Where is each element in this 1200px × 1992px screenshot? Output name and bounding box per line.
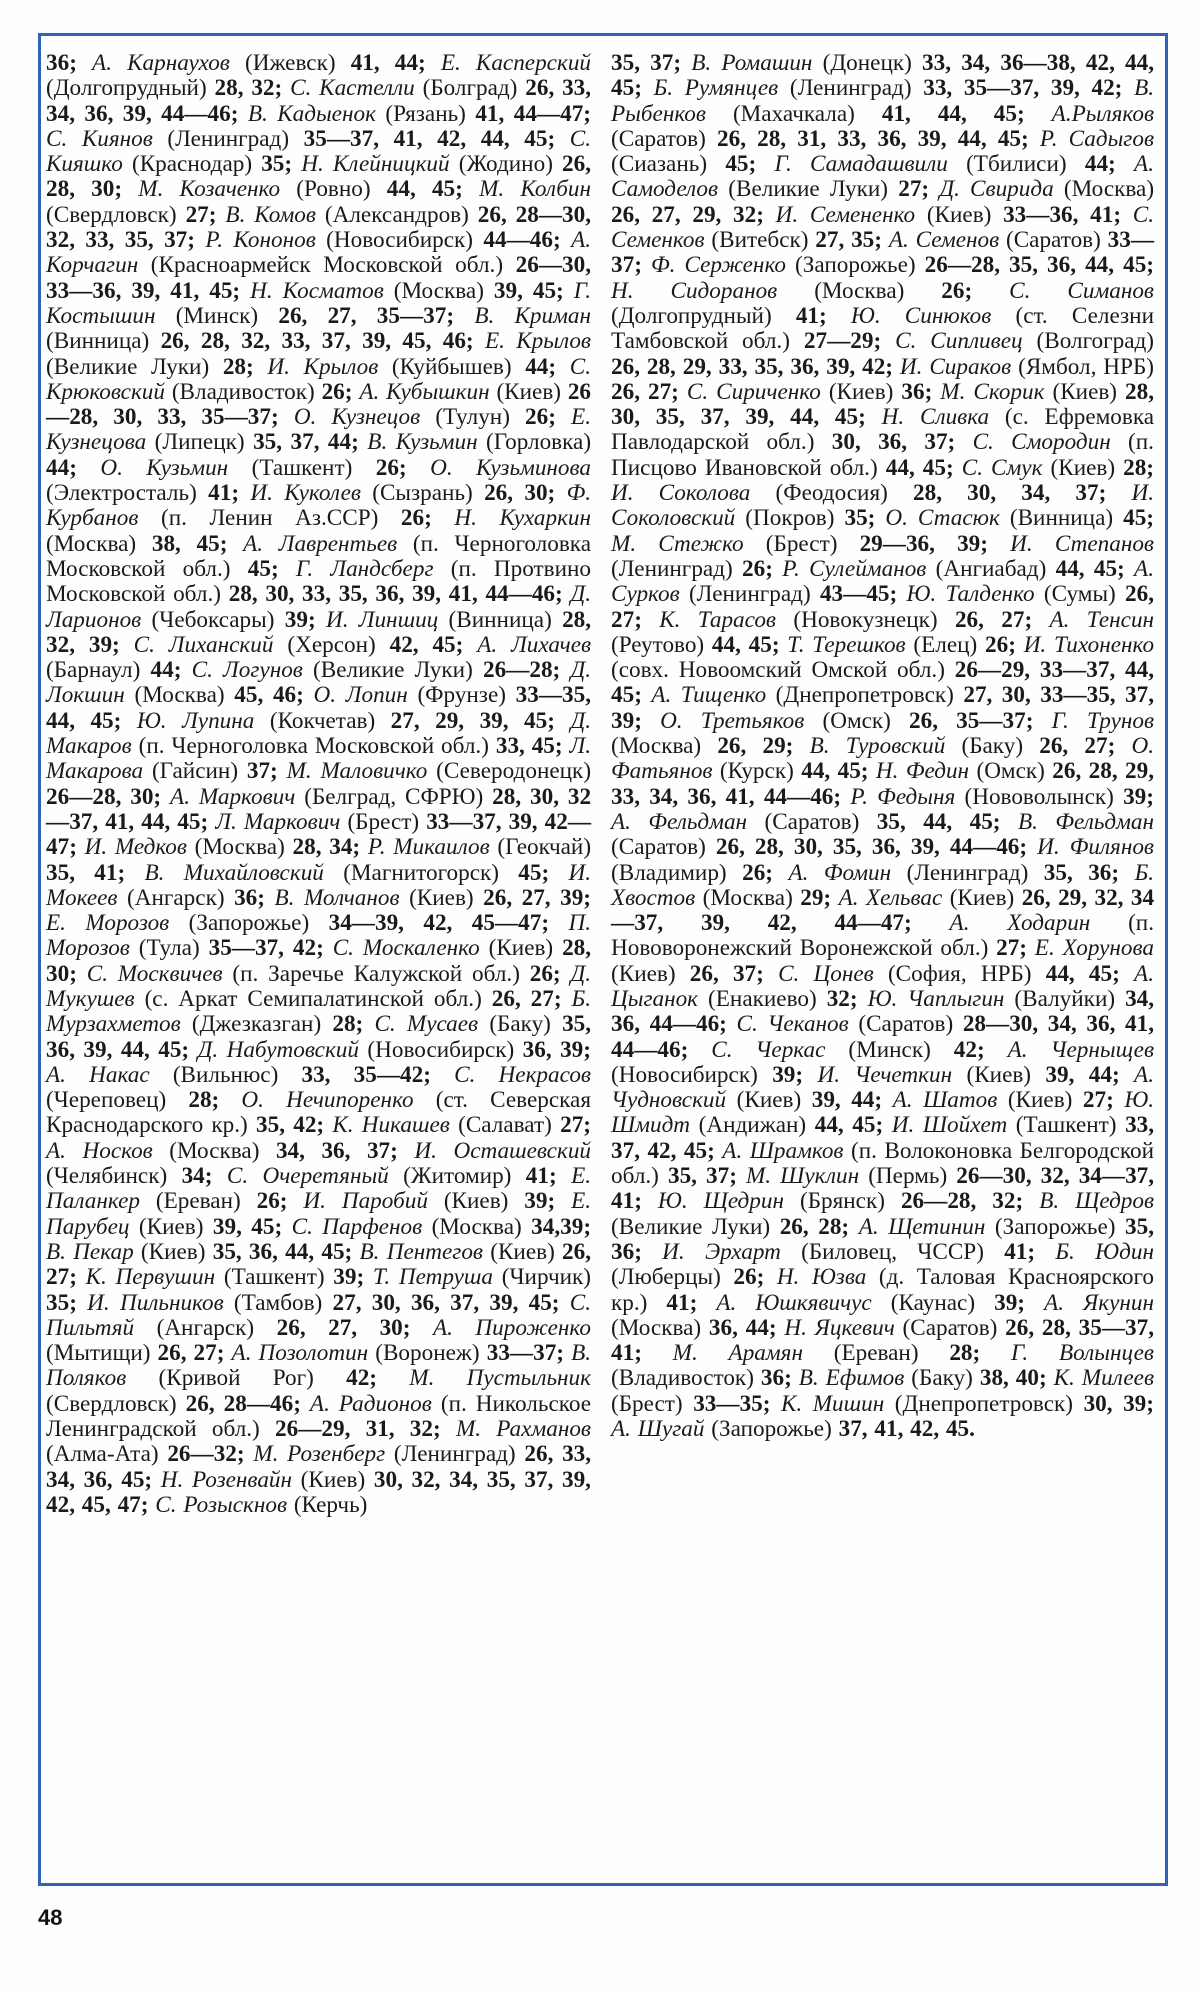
place-name: (Владимир) bbox=[611, 860, 727, 886]
page-refs: 35, 36, 44, 45; bbox=[213, 1239, 353, 1265]
page-refs: 44, 45; bbox=[1046, 961, 1120, 987]
page-refs: 26, 29; bbox=[717, 733, 793, 759]
person-name: Т. Петруша bbox=[373, 1264, 493, 1290]
page-refs: 28; bbox=[223, 354, 254, 380]
page-refs: 35, 37; bbox=[668, 1163, 737, 1189]
page-refs: 33—36, 41; bbox=[1003, 202, 1121, 228]
place-name: (Киев) bbox=[409, 885, 474, 911]
page-refs: 34; bbox=[182, 1163, 213, 1189]
place-name: (Москва) bbox=[169, 1138, 259, 1164]
person-name: В. Михайловский bbox=[144, 860, 323, 886]
page-refs: 37, 41, 42, 45. bbox=[839, 1416, 975, 1442]
place-name: (Саратов) bbox=[1006, 227, 1101, 253]
page-refs: 26; bbox=[733, 1264, 764, 1290]
person-name: Р. Сулейманов bbox=[782, 556, 926, 582]
place-name: (Омск) bbox=[822, 708, 890, 734]
place-name: (Ленинград) bbox=[611, 556, 733, 582]
index-entry: К. Никашев (Салават) 27; bbox=[324, 1112, 591, 1138]
page-refs: 44; bbox=[46, 455, 77, 481]
page-refs: 43—45; bbox=[820, 581, 897, 607]
place-name: (Баку) bbox=[911, 1365, 973, 1391]
index-entry: Р. Кононов (Новосибирск) 44—46; bbox=[195, 227, 561, 253]
person-name: И. Соколова bbox=[611, 480, 750, 506]
person-name: К. Милеев bbox=[1054, 1365, 1154, 1391]
person-name: Н. Косматов bbox=[250, 278, 384, 304]
lead-pages: 35, 37; bbox=[611, 50, 681, 76]
place-name: (Махачкала) bbox=[733, 101, 855, 127]
index-entry: В. Михайловский (Магнитогорск) 45; bbox=[125, 860, 549, 886]
person-name: В. Ефимов bbox=[799, 1365, 905, 1391]
index-entry: Н. Косматов (Москва) 39, 45; bbox=[240, 278, 564, 304]
person-name: М. Маловичко bbox=[287, 758, 428, 784]
place-name: (Ровно) bbox=[296, 176, 370, 202]
page-refs: 36, 39; bbox=[523, 1037, 591, 1063]
place-name: (Ленинград) bbox=[907, 860, 1029, 886]
person-name: С. Симанов bbox=[1009, 278, 1154, 304]
place-name: (с. Аркат Семипалатинской обл.) bbox=[145, 986, 482, 1012]
person-name: Ю. Талденко bbox=[907, 581, 1035, 607]
person-name: А. Пироженко bbox=[433, 1315, 591, 1341]
page-refs: 28, 30, 34, 37; bbox=[913, 480, 1106, 506]
index-entry: В. Туровский (Баку) 26, 27; bbox=[793, 733, 1115, 759]
place-name: (Омск) bbox=[976, 758, 1044, 784]
place-name: (Феодосия) bbox=[776, 480, 888, 506]
place-name: (Киев) bbox=[1008, 1087, 1073, 1113]
person-name: М. Козаченко bbox=[138, 176, 280, 202]
page-refs: 41; bbox=[526, 1163, 557, 1189]
index-entry: Н. Сидоранов (Москва) 26; bbox=[611, 278, 972, 304]
place-name: (Череповец) bbox=[46, 1087, 166, 1113]
person-name: К. Никашев bbox=[332, 1112, 450, 1138]
page-refs: 26—32; bbox=[167, 1441, 244, 1467]
person-name: И. Эрхарт bbox=[662, 1239, 781, 1265]
index-entry: С. Парфенов (Москва) 34,39; bbox=[282, 1214, 591, 1240]
place-name: (Баку) bbox=[961, 733, 1023, 759]
person-name: Е. Касперский bbox=[441, 50, 591, 76]
page-refs: 33, 45; bbox=[496, 733, 563, 759]
place-name: (Москва) bbox=[1064, 176, 1154, 202]
place-name: (Минск) bbox=[848, 1037, 930, 1063]
index-entry: А. Фельдман (Саратов) 35, 44, 45; bbox=[611, 809, 1001, 835]
index-entry: К. Мишин (Днепропетровск) 30, 39; bbox=[770, 1391, 1154, 1417]
index-entry: Ю. Щедрин (Брянск) 26—28, 32; bbox=[642, 1188, 1023, 1214]
index-entry: А. Фомин (Ленинград) 35, 36; bbox=[773, 860, 1119, 886]
person-name: Н. Яцкевич bbox=[784, 1315, 894, 1341]
page-refs: 45, 46; bbox=[234, 682, 304, 708]
person-name: Р. Федыня bbox=[850, 784, 955, 810]
person-name: И. Семененко bbox=[776, 202, 916, 228]
person-name: В. Кузьмин bbox=[367, 429, 477, 455]
person-name: О. Кузнецов bbox=[294, 404, 420, 430]
person-name: В. Молчанов bbox=[274, 885, 399, 911]
page-refs: 26—28, 30; bbox=[46, 784, 161, 810]
place-name: (Киев) bbox=[139, 1214, 204, 1240]
index-entry: И. Пильников (Тамбов) 27, 30, 36, 37, 39… bbox=[77, 1290, 560, 1316]
place-name: (Геокчай) bbox=[497, 834, 591, 860]
page-refs: 44, 45; bbox=[886, 455, 954, 481]
index-entry: О. Кузнецов (Тулун) 26; bbox=[279, 404, 556, 430]
index-entry: Ю. Лупина (Кокчетав) 27, 29, 39, 45; bbox=[121, 708, 555, 734]
index-entry: А. Карнаухов (Ижевск) 41, 44; bbox=[92, 50, 426, 76]
page-refs: 26—28, 32; bbox=[901, 1188, 1023, 1214]
place-name: (Ангарск) bbox=[127, 885, 225, 911]
person-name: А.Рыляков bbox=[1052, 101, 1154, 127]
page-refs: 27—29; bbox=[804, 328, 881, 354]
place-name: (Алма-Ата) bbox=[46, 1441, 159, 1467]
page-refs: 27, 29, 39, 45; bbox=[391, 708, 555, 734]
person-name: С. Сириченко bbox=[687, 379, 821, 405]
place-name: (Ереван) bbox=[834, 1340, 919, 1366]
page-refs: 36; bbox=[234, 885, 265, 911]
person-name: О. Кузьмин bbox=[100, 455, 228, 481]
person-name: С. Мусаев bbox=[374, 1011, 478, 1037]
page-refs: 36, 44; bbox=[709, 1315, 777, 1341]
index-entry: Г. Самадашвили (Тбилиси) 44; bbox=[756, 151, 1116, 177]
index-entry: И. Чечеткин (Киев) 39, 44; bbox=[803, 1062, 1120, 1088]
place-name: (Москва) bbox=[703, 885, 793, 911]
person-name: С. Кастелли bbox=[290, 75, 415, 101]
person-name: С. Логунов bbox=[192, 657, 303, 683]
place-name: (Ленинград) bbox=[689, 581, 811, 607]
person-name: Е. Морозов bbox=[46, 910, 169, 936]
page-refs: 35; bbox=[46, 1290, 77, 1316]
page-refs: 26—28, 35, 36, 44, 45; bbox=[925, 252, 1154, 278]
place-name: (Москва) bbox=[134, 682, 224, 708]
page-refs: 28, 32; bbox=[215, 75, 283, 101]
index-entry: Е. Морозов (Запорожье) 34—39, 42, 45—47; bbox=[46, 910, 549, 936]
place-name: (Днепропетровск) bbox=[776, 682, 954, 708]
index-entry: С. Цонев (София, НРБ) 44, 45; bbox=[764, 961, 1120, 987]
person-name: А. Маркович bbox=[170, 784, 295, 810]
person-name: А. Щетинин bbox=[859, 1214, 986, 1240]
page-refs: 45; bbox=[725, 151, 756, 177]
person-name: В. Щедров bbox=[1039, 1188, 1154, 1214]
place-name: (Ленинград) bbox=[394, 1441, 516, 1467]
place-name: (Куйбышев) bbox=[392, 354, 512, 380]
place-name: (Сызрань) bbox=[372, 480, 473, 506]
person-name: О. Лопин bbox=[314, 682, 408, 708]
index-entry: И. Медков (Москва) 28, 34; bbox=[77, 834, 360, 860]
person-name: А. Носков bbox=[46, 1138, 153, 1164]
person-name: С. Лиханский bbox=[134, 632, 274, 658]
page-refs: 26; bbox=[257, 1188, 288, 1214]
place-name: (Винница) bbox=[449, 607, 552, 633]
page-refs: 26; bbox=[742, 860, 773, 886]
place-name: (Курск) bbox=[720, 758, 794, 784]
page-refs: 29; bbox=[800, 885, 831, 911]
page-refs: 26, 27; bbox=[492, 986, 562, 1012]
place-name: (Донецк) bbox=[823, 50, 912, 76]
place-name: (Москва) bbox=[432, 1214, 522, 1240]
page-refs: 26, 27, 39; bbox=[483, 885, 591, 911]
index-entry: В. Ефимов (Баку) 38, 40; bbox=[792, 1365, 1047, 1391]
page-refs: 44—46; bbox=[483, 227, 560, 253]
page-refs: 41; bbox=[666, 1290, 697, 1316]
index-entry: В. Кадыенок (Рязань) 41, 44—47; bbox=[238, 101, 591, 127]
place-name: (Москва) bbox=[46, 531, 136, 557]
index-entry: К. Первушин (Ташкент) 39; bbox=[77, 1264, 364, 1290]
page-refs: 26, 28, 31, 33, 36, 39, 44, 45; bbox=[717, 126, 1029, 152]
place-name: (Винница) bbox=[1010, 505, 1113, 531]
page-refs: 26, 28, 32, 33, 37, 39, 45, 46; bbox=[161, 328, 474, 354]
page-refs: 26; bbox=[530, 961, 561, 987]
place-name: (Киев) bbox=[829, 379, 894, 405]
page-refs: 44, 45; bbox=[1056, 556, 1125, 582]
person-name: Е. Крылов bbox=[485, 328, 591, 354]
person-name: Ф. Серженко bbox=[651, 252, 786, 278]
page-refs: 44; bbox=[525, 354, 556, 380]
person-name: Н. Федин bbox=[876, 758, 969, 784]
index-entry: И. Эрхарт (Биловец, ЧССР) 41; bbox=[642, 1239, 1035, 1265]
place-name: (Волгоград) bbox=[1037, 328, 1155, 354]
page-refs: 39; bbox=[994, 1290, 1025, 1316]
place-name: (Реутово) bbox=[611, 632, 704, 658]
person-name: М. Шуклин bbox=[746, 1163, 859, 1189]
person-name: Р. Микаилов bbox=[368, 834, 490, 860]
person-name: М. Колбин bbox=[479, 176, 591, 202]
person-name: Р. Кононов bbox=[205, 227, 315, 253]
person-name: Н. Сидоранов bbox=[611, 278, 777, 304]
page-refs: 27, 35; bbox=[815, 227, 882, 253]
index-entry: А. Носков (Москва) 34, 36, 37; bbox=[46, 1138, 398, 1164]
person-name: С. Чеканов bbox=[737, 1011, 849, 1037]
place-name: (Краснодар) bbox=[132, 151, 252, 177]
index-entry: В. Пекар (Киев) 35, 36, 44, 45; bbox=[46, 1239, 352, 1265]
page-refs: 39; bbox=[524, 1188, 555, 1214]
page-refs: 45; bbox=[1123, 505, 1154, 531]
place-name: (Покров) bbox=[745, 505, 834, 531]
page-refs: 27, 30, 36, 37, 39, 45; bbox=[333, 1290, 560, 1316]
page-refs: 26; bbox=[941, 278, 972, 304]
place-name: (Электросталь) bbox=[46, 480, 197, 506]
place-name: (Липецк) bbox=[155, 429, 245, 455]
place-name: (Великие Луки) bbox=[313, 657, 473, 683]
place-name: (Магнитогорск) bbox=[343, 860, 499, 886]
place-name: (Долгопрудный) bbox=[46, 75, 207, 101]
person-name: И. Крылов bbox=[267, 354, 378, 380]
person-name: О. Стасюк bbox=[885, 505, 999, 531]
page-refs: 39, 45; bbox=[494, 278, 564, 304]
page-refs: 45; bbox=[518, 860, 549, 886]
person-name: С. Смородин bbox=[973, 429, 1111, 455]
page-refs: 26, 27; bbox=[158, 1340, 225, 1366]
page-refs: 28; bbox=[188, 1087, 219, 1113]
page-refs: 35—37, 41, 42, 44, 45; bbox=[304, 126, 556, 152]
place-name: (Долгопрудный) bbox=[611, 303, 772, 329]
page-refs: 28, 30, 33, 35, 36, 39, 41, 44—46; bbox=[229, 581, 563, 607]
page-number: 48 bbox=[38, 1905, 62, 1931]
index-entry: О. Кузьмин (Ташкент) 26; bbox=[77, 455, 407, 481]
place-name: (Тамбов) bbox=[234, 1290, 322, 1316]
page-refs: 26, 28—46; bbox=[186, 1391, 301, 1417]
page-refs: 26, 27, 30; bbox=[277, 1315, 411, 1341]
page-refs: 38, 45; bbox=[152, 531, 228, 557]
place-name: (Владивосток) bbox=[172, 379, 315, 405]
index-entry: А. Шугай (Запорожье) 37, 41, 42, 45. bbox=[611, 1416, 975, 1442]
place-name: (Свердловск) bbox=[46, 1391, 177, 1417]
place-name: (Каунас) bbox=[891, 1290, 975, 1316]
place-name: (Великие Луки) bbox=[611, 1214, 770, 1240]
person-name: И. Филянов bbox=[1037, 834, 1154, 860]
page-refs: 34—39, 42, 45—47; bbox=[329, 910, 549, 936]
index-entry: В. Молчанов (Киев) 26, 27, 39; bbox=[265, 885, 591, 911]
page-refs: 26, 27, 29, 32; bbox=[611, 202, 764, 228]
page-refs: 26, 28, 30, 35, 36, 39, 44—46; bbox=[716, 834, 1027, 860]
person-name: М. Скорик bbox=[940, 379, 1044, 405]
person-name: С. Киянов bbox=[46, 126, 153, 152]
person-name: А. Ходарин bbox=[950, 910, 1091, 936]
page-refs: 33, 35—37, 39, 42; bbox=[923, 75, 1122, 101]
person-name: О. Третьяков bbox=[660, 708, 804, 734]
person-name: И. Линшиц bbox=[326, 607, 438, 633]
place-name: (Великие Луки) bbox=[46, 354, 209, 380]
page-refs: 33—35; bbox=[693, 1391, 770, 1417]
place-name: (Гайсин) bbox=[152, 758, 238, 784]
page-refs: 27; bbox=[898, 176, 929, 202]
page-refs: 42; bbox=[954, 1037, 985, 1063]
person-name: И. Степанов bbox=[1010, 531, 1154, 557]
index-entry: М. Козаченко (Ровно) 44, 45; bbox=[122, 176, 463, 202]
place-name: (Биловец, ЧССР) bbox=[801, 1239, 984, 1265]
person-name: А. Шугай bbox=[611, 1416, 704, 1442]
place-name: (Киев) bbox=[301, 1467, 366, 1493]
person-name: Г. Ландсберг bbox=[296, 556, 434, 582]
person-name: А. Хельвас bbox=[839, 885, 943, 911]
place-name: (Москва) bbox=[394, 278, 484, 304]
page-refs: 30, 39; bbox=[1084, 1391, 1154, 1417]
person-name: О. Кузьминова bbox=[430, 455, 591, 481]
index-entry: И. Паробий (Киев) 39; bbox=[288, 1188, 556, 1214]
place-name: (Брест) bbox=[766, 531, 838, 557]
person-name: И. Куколев bbox=[250, 480, 361, 506]
lead-pages: 36; bbox=[46, 50, 77, 76]
place-name: (Запорожье) bbox=[189, 910, 310, 936]
place-name: (Жодино) bbox=[459, 151, 553, 177]
place-name: (Ямбол, НРБ) bbox=[1018, 354, 1154, 380]
place-name: (Москва) bbox=[611, 1315, 701, 1341]
place-name: (Барнаул) bbox=[46, 657, 140, 683]
page-refs: 39, 44; bbox=[812, 1087, 882, 1113]
index-entry: Ф. Серженко (Запорожье) 26—28, 35, 36, 4… bbox=[642, 252, 1154, 278]
person-name: И. Осташевский bbox=[414, 1138, 591, 1164]
page-refs: 44, 45; bbox=[815, 1112, 883, 1138]
person-name: С. Сипливец bbox=[895, 328, 1023, 354]
page-refs: 26; bbox=[322, 379, 353, 405]
index-entry: Т. Терешков (Елец) 26; bbox=[780, 632, 1016, 658]
page-refs: 44; bbox=[151, 657, 182, 683]
page-refs: 26, 27, 35—37; bbox=[278, 303, 454, 329]
place-name: (Киев) bbox=[966, 1062, 1031, 1088]
page-refs: 41; bbox=[1004, 1239, 1035, 1265]
left-column: 36; А. Карнаухов (Ижевск) 41, 44; Е. Кас… bbox=[46, 51, 591, 1518]
page-refs: 34,39; bbox=[531, 1214, 591, 1240]
page-refs: 26, 28, 29, 33, 35, 36, 39, 42; bbox=[611, 354, 893, 380]
page-refs: 26, 27; bbox=[611, 379, 679, 405]
place-name: (Болград) bbox=[423, 75, 518, 101]
person-name: Д. Набутовский bbox=[198, 1037, 359, 1063]
place-name: (п. Заречье Калужской обл.) bbox=[232, 961, 520, 987]
person-name: А. Тищенко bbox=[651, 682, 766, 708]
person-name: В. Криман bbox=[474, 303, 591, 329]
place-name: (Ленинград) bbox=[167, 126, 289, 152]
place-name: (Новосибирск) bbox=[367, 1037, 514, 1063]
place-name: (Баку) bbox=[489, 1011, 551, 1037]
person-name: В. Комов bbox=[225, 202, 316, 228]
page-refs: 28; bbox=[332, 1011, 363, 1037]
place-name: (Рязань) bbox=[385, 101, 466, 127]
place-name: (Андижан) bbox=[699, 1112, 807, 1138]
page-refs: 27; bbox=[560, 1112, 591, 1138]
index-entry: И. Соколова (Феодосия) 28, 30, 34, 37; bbox=[611, 480, 1106, 506]
person-name: И. Сираков bbox=[900, 354, 1011, 380]
index-entry: А. Юшкявичус (Каунас) 39; bbox=[697, 1290, 1025, 1316]
person-name: А. Лаврентьев bbox=[243, 531, 397, 557]
index-entry: О. Стасюк (Винница) 45; bbox=[875, 505, 1154, 531]
index-entry: С. Смук (Киев) 28; bbox=[954, 455, 1154, 481]
person-name: О. Нечипоренко bbox=[241, 1087, 413, 1113]
page-refs: 33, 35—42; bbox=[301, 1062, 430, 1088]
place-name: (Енакиево) bbox=[708, 986, 817, 1012]
place-name: (Киев) bbox=[489, 935, 554, 961]
place-name: (Александров) bbox=[325, 202, 469, 228]
place-name: (Киев) bbox=[141, 1239, 206, 1265]
page-refs: 26, 37; bbox=[690, 961, 764, 987]
person-name: С. Смук bbox=[962, 455, 1043, 481]
person-name: Н. Юзва bbox=[777, 1264, 867, 1290]
person-name: И. Чечеткин bbox=[817, 1062, 952, 1088]
person-name: И. Шойхет bbox=[892, 1112, 1008, 1138]
person-name: В. Ромашин bbox=[691, 50, 812, 76]
page-refs: 26, 30; bbox=[484, 480, 555, 506]
index-entry: И. Куколев (Сызрань) 26, 30; bbox=[239, 480, 555, 506]
place-name: (Кокчетав) bbox=[270, 708, 375, 734]
page-refs: 36; bbox=[901, 379, 932, 405]
person-name: Б. Румянцев bbox=[654, 75, 779, 101]
place-name: (Саратов) bbox=[611, 834, 706, 860]
place-name: (Чирчик) bbox=[502, 1264, 591, 1290]
person-name: И. Пильников bbox=[87, 1290, 224, 1316]
place-name: (Мытищи) bbox=[46, 1340, 150, 1366]
page-refs: 26, 27; bbox=[1039, 733, 1115, 759]
place-name: (Москва) bbox=[814, 278, 904, 304]
page-refs: 35, 37, 44; bbox=[253, 429, 359, 455]
page-frame: 36; А. Карнаухов (Ижевск) 41, 44; Е. Кас… bbox=[38, 33, 1168, 1886]
person-name: А. Лихачев bbox=[477, 632, 591, 658]
place-name: (Ташкент) bbox=[224, 1264, 325, 1290]
page-refs: 27; bbox=[186, 202, 217, 228]
place-name: (Кривой Рог) bbox=[159, 1365, 314, 1391]
person-name: К. Тарасов bbox=[659, 607, 776, 633]
page-refs: 35, 41; bbox=[46, 860, 125, 886]
person-name: Ю. Чаплыгин bbox=[868, 986, 1005, 1012]
page-refs: 28; bbox=[949, 1340, 980, 1366]
place-name: (Винница) bbox=[46, 328, 149, 354]
index-entry: Р. Федыня (Нововолынск) 39; bbox=[841, 784, 1154, 810]
place-name: (Владивосток) bbox=[611, 1365, 754, 1391]
entries-right: В. Ромашин (Донецк) 33, 34, 36—38, 42, 4… bbox=[611, 50, 1154, 1442]
page-refs: 39; bbox=[333, 1264, 364, 1290]
index-entry: С. Розыскнов (Керчь) bbox=[148, 1492, 367, 1518]
place-name: (Днепропетровск) bbox=[895, 1391, 1073, 1417]
place-name: (Брест) bbox=[347, 809, 419, 835]
place-name: (Сиазань) bbox=[611, 151, 707, 177]
place-name: (Киев) bbox=[950, 885, 1015, 911]
entries-left: А. Карнаухов (Ижевск) 41, 44; Е. Касперс… bbox=[46, 50, 591, 1518]
place-name: (Новосибирск) bbox=[611, 1062, 758, 1088]
place-name: (Киев) bbox=[1051, 455, 1116, 481]
place-name: (Саратов) bbox=[764, 809, 859, 835]
page-refs: 35; bbox=[844, 505, 875, 531]
